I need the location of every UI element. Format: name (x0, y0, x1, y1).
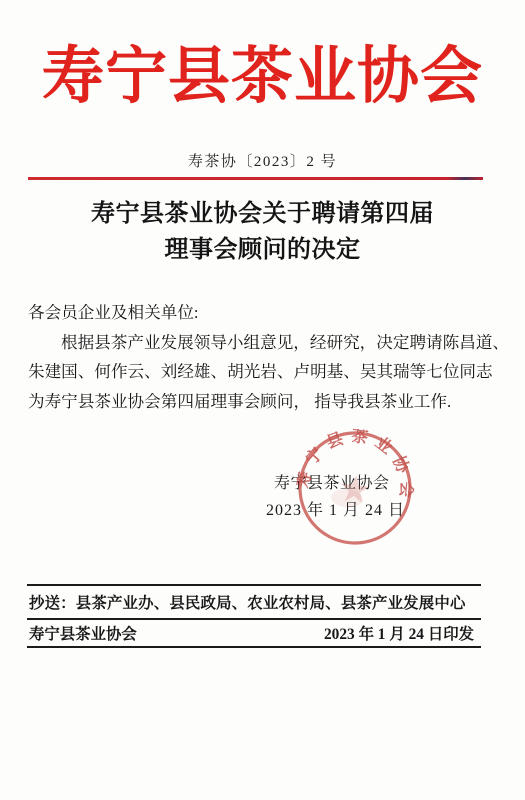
document-title-line2: 理事会顾问的决定 (0, 232, 525, 268)
document-title: 寿宁县茶业协会关于聘请第四届 理事会顾问的决定 (0, 196, 525, 268)
letterhead-title: 寿宁县茶业协会 (0, 38, 525, 116)
footer-print-date: 2023 年 1 月 24 日印发 (324, 622, 474, 644)
body-line-1: 根据县茶产业发展领导小组意见，经研究，决定聘请陈昌道、 (28, 328, 500, 358)
document-page: 寿宁县茶业协会 寿茶协〔2023〕2 号 寿宁县茶业协会关于聘请第四届 理事会顾… (0, 0, 525, 800)
print-row: 寿宁县茶业协会 2023 年 1 月 24 日印发 (27, 618, 481, 648)
signature-block: 寿宁县茶业协会 2023 年 1 月 24 日 (266, 471, 405, 524)
salutation: 各会员企业及相关单位: (28, 298, 500, 328)
signature-date: 2023 年 1 月 24 日 (266, 498, 405, 525)
document-body: 各会员企业及相关单位: 根据县茶产业发展领导小组意见，经研究，决定聘请陈昌道、 … (28, 298, 500, 416)
body-line-2: 朱建国、何作云、刘经雄、胡光岩、卢明基、吴其瑞等七位同志 (28, 357, 500, 387)
footer-block: 抄送：县茶产业办、县民政局、农业农村局、县茶产业发展中心 寿宁县茶业协会 202… (27, 584, 481, 648)
red-divider-line (28, 177, 483, 180)
body-line-3: 为寿宁县茶业协会第四届理事会顾问， 指导我县茶业工作. (28, 387, 500, 417)
cc-line: 抄送：县茶产业办、县民政局、农业农村局、县茶产业发展中心 (29, 591, 466, 613)
footer-issuer: 寿宁县茶业协会 (29, 622, 137, 644)
document-title-line1: 寿宁县茶业协会关于聘请第四届 (0, 196, 525, 232)
document-number: 寿茶协〔2023〕2 号 (0, 150, 525, 171)
cc-row: 抄送：县茶产业办、县民政局、农业农村局、县茶产业发展中心 (27, 584, 481, 618)
signature-org: 寿宁县茶业协会 (266, 471, 405, 498)
